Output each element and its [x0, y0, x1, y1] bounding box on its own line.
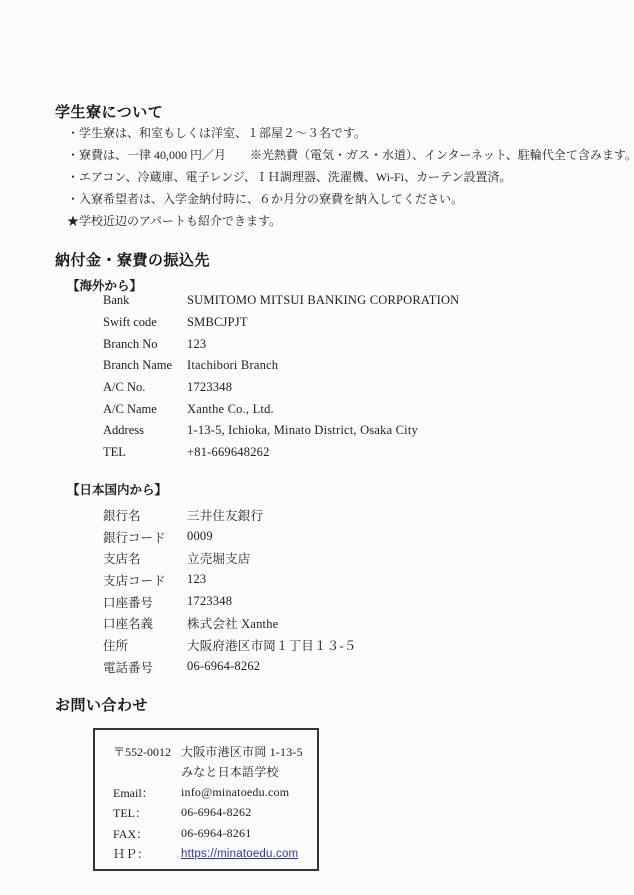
- table-row: 支店コード 123: [103, 569, 356, 591]
- hp-label: ＨＰ：: [113, 845, 181, 862]
- table-row: 支店名 立売堀支店: [103, 547, 356, 569]
- fax-value: 06-6964-8261: [181, 826, 251, 841]
- contact-tel-row: TEL： 06-6964-8262: [113, 803, 317, 824]
- row-value: 1723348: [187, 594, 232, 609]
- table-row: 口座名義 株式会社 Xanthe: [103, 612, 356, 634]
- dorm-bullet-payment: ・入寮希望者は、入学金納付時に、６か月分の寮費を納入してください。: [67, 188, 634, 210]
- table-row: TEL +81-669648262: [103, 442, 459, 464]
- dorm-bullet-apartment: ★学校近辺のアパートも紹介できます。: [67, 210, 634, 232]
- fax-label: FAX：: [113, 825, 181, 842]
- table-row: 電話番号 06-6964-8262: [103, 656, 356, 678]
- domestic-subsection-label: 【日本国内から】: [67, 480, 167, 498]
- contact-fax-row: FAX： 06-6964-8261: [113, 823, 317, 844]
- dorm-bullet-equipment: ・エアコン、冷蔵庫、電子レンジ、ＩＨ調理器、洗濯機、Wi-Fi、カーテン設置済。: [67, 166, 634, 188]
- row-label: 銀行名: [103, 506, 187, 524]
- table-row: 銀行名 三井住友銀行: [103, 504, 356, 526]
- dorm-bullet-list: ・学生寮は、和室もしくは洋室、１部屋２～３名です。 ・寮費は、一律 40,000…: [67, 122, 634, 232]
- row-value: Itachibori Branch: [187, 358, 278, 373]
- row-label: 住所: [103, 636, 187, 654]
- tel-label: TEL：: [113, 804, 181, 821]
- row-value: 06-6964-8262: [187, 659, 260, 674]
- row-value: 大阪府港区市岡１丁目１３-５: [187, 636, 356, 654]
- dorm-bullet-room: ・学生寮は、和室もしくは洋室、１部屋２～３名です。: [67, 122, 634, 144]
- row-label: Bank: [103, 293, 187, 308]
- row-label: A/C Name: [103, 402, 187, 417]
- row-label: Branch Name: [103, 358, 187, 373]
- email-label: Email：: [113, 784, 181, 801]
- table-row: 口座番号 1723348: [103, 591, 356, 613]
- table-row: Branch No 123: [103, 333, 459, 355]
- row-label: 口座番号: [103, 593, 187, 611]
- row-label: 支店コード: [103, 571, 187, 589]
- row-value: SMBCJPJT: [187, 315, 248, 330]
- document-page: 学生寮について ・学生寮は、和室もしくは洋室、１部屋２～３名です。 ・寮費は、一…: [0, 0, 634, 895]
- row-label: A/C No.: [103, 380, 187, 395]
- row-label: 銀行コード: [103, 528, 187, 546]
- row-value: 123: [187, 572, 206, 587]
- dorm-section-title: 学生寮について: [55, 101, 163, 122]
- contact-address-row: 〒552-0012 大阪市港区市岡 1-13-5: [113, 741, 317, 762]
- table-row: Bank SUMITOMO MITSUI BANKING CORPORATION: [103, 290, 459, 312]
- row-label: Swift code: [103, 315, 187, 330]
- table-row: Swift code SMBCJPJT: [103, 312, 459, 334]
- row-value: 1723348: [187, 380, 232, 395]
- row-value: 株式会社 Xanthe: [187, 614, 278, 632]
- row-label: 支店名: [103, 549, 187, 567]
- domestic-bank-table: 銀行名 三井住友銀行 銀行コード 0009 支店名 立売堀支店 支店コード 12…: [103, 504, 356, 678]
- overseas-bank-table: Bank SUMITOMO MITSUI BANKING CORPORATION…: [103, 290, 459, 464]
- postal-code: 〒552-0012: [113, 743, 181, 760]
- dorm-bullet-fee: ・寮費は、一律 40,000 円／月 ※光熱費（電気・ガス・水道）、インターネッ…: [67, 144, 634, 166]
- school-name: みなと日本語学校: [181, 763, 279, 780]
- email-value: info@minatoedu.com: [181, 785, 289, 800]
- row-value: 1-13-5, Ichioka, Minato District, Osaka …: [187, 423, 418, 438]
- row-label: 電話番号: [103, 658, 187, 676]
- payment-section-title: 納付金・寮費の振込先: [55, 249, 210, 270]
- tel-value: 06-6964-8262: [181, 805, 251, 820]
- table-row: Branch Name Itachibori Branch: [103, 355, 459, 377]
- table-row: A/C Name Xanthe Co., Ltd.: [103, 398, 459, 420]
- contact-box: 〒552-0012 大阪市港区市岡 1-13-5 みなと日本語学校 Email：…: [93, 728, 319, 871]
- row-label: Address: [103, 423, 187, 438]
- row-value: 立売堀支店: [187, 549, 251, 567]
- contact-section-title: お問い合わせ: [55, 694, 148, 715]
- row-value: +81-669648262: [187, 445, 270, 460]
- row-value: 三井住友銀行: [187, 506, 263, 524]
- table-row: 銀行コード 0009: [103, 526, 356, 548]
- table-row: 住所 大阪府港区市岡１丁目１３-５: [103, 634, 356, 656]
- row-value: 123: [187, 337, 206, 352]
- row-value: SUMITOMO MITSUI BANKING CORPORATION: [187, 293, 459, 308]
- row-label: 口座名義: [103, 614, 187, 632]
- table-row: Address 1-13-5, Ichioka, Minato District…: [103, 420, 459, 442]
- contact-school-row: みなと日本語学校: [113, 762, 317, 783]
- row-value: 0009: [187, 529, 213, 544]
- contact-hp-row: ＨＰ： https://minatoedu.com: [113, 844, 317, 865]
- contact-email-row: Email： info@minatoedu.com: [113, 782, 317, 803]
- row-label: TEL: [103, 445, 187, 460]
- homepage-link[interactable]: https://minatoedu.com: [181, 848, 298, 860]
- school-address: 大阪市港区市岡 1-13-5: [181, 743, 303, 760]
- row-label: Branch No: [103, 337, 187, 352]
- table-row: A/C No. 1723348: [103, 377, 459, 399]
- row-value: Xanthe Co., Ltd.: [187, 402, 274, 417]
